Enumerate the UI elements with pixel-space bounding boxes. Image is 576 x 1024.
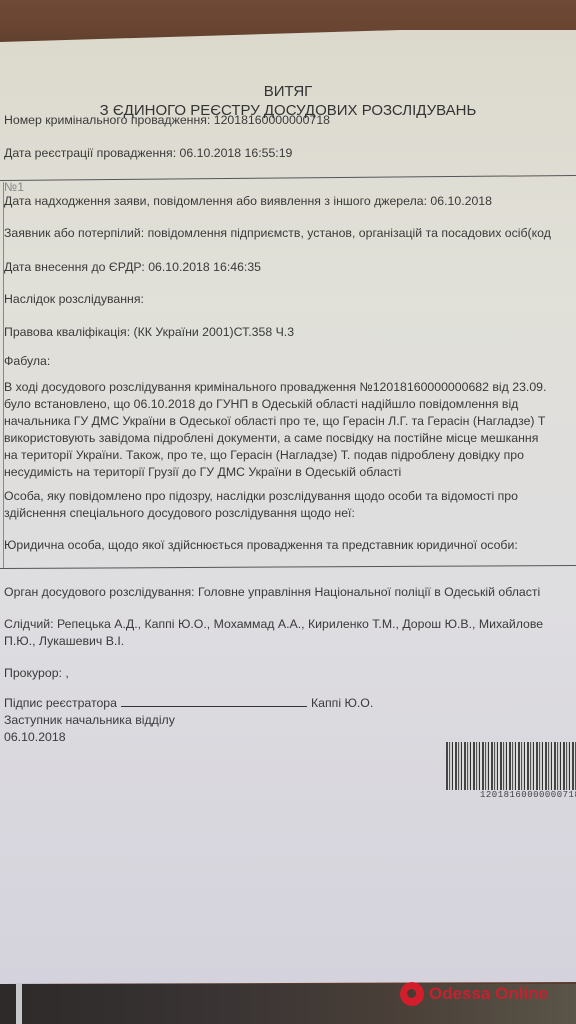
watermark-text: Odessa Online <box>429 984 548 1004</box>
applicant: Заявник або потерпілий: повідомлення під… <box>4 226 551 240</box>
watermark-logo: Odessa Online <box>400 982 548 1006</box>
suspect-info: Особа, яку повідомлено про підозру, насл… <box>4 489 518 503</box>
document-title: ВИТЯГ <box>0 83 576 100</box>
receipt-date: Дата надходження заяви, повідомлення або… <box>4 194 492 208</box>
plot-line: використовують завідома підроблені докум… <box>4 431 538 445</box>
registrar-position: Заступник начальника відділу <box>4 713 175 727</box>
signature-line <box>121 696 307 707</box>
background-post <box>16 984 22 1024</box>
investigators: Слідчий: Репецька А.Д., Каппі Ю.О., Моха… <box>4 617 543 631</box>
plot-line: начальника ГУ ДМС України в Одеської обл… <box>4 414 545 428</box>
sign-date: 06.10.2018 <box>4 730 66 744</box>
odessa-online-logo-icon <box>400 982 424 1006</box>
registration-date: Дата реєстрації провадження: 06.10.2018 … <box>4 146 292 160</box>
barcode-number: 12018160000000718 <box>480 790 576 800</box>
investigation-result: Наслідок розслідування: <box>4 292 144 306</box>
legal-qualification: Правова кваліфікація: (КК України 2001)С… <box>4 325 294 339</box>
prosecutor: Прокурор: , <box>4 666 69 680</box>
case-number: Номер кримінального провадження: 1201816… <box>4 113 330 127</box>
signature-label: Підпис реєстратора <box>4 696 117 710</box>
plot-line: несудимість на території Грузії до ГУ ДМ… <box>4 465 401 479</box>
legal-entity: Юридична особа, щодо якої здійснюється п… <box>4 538 518 552</box>
entry-number: №1 <box>4 180 24 194</box>
investigators: П.Ю., Лукашевич В.І. <box>4 634 124 648</box>
erdr-date: Дата внесення до ЄРДР: 06.10.2018 16:46:… <box>4 260 261 274</box>
plot-label: Фабула: <box>4 354 50 368</box>
signature-name: Каппі Ю.О. <box>311 696 373 710</box>
suspect-info: здійснення спеціального досудового розсл… <box>4 506 355 520</box>
registrar-signature: Підпис реєстратораКаппі Ю.О. <box>4 696 373 710</box>
investigation-body: Орган досудового розслідування: Головне … <box>4 585 540 599</box>
plot-line: на території України. Також, про те, що … <box>4 448 524 462</box>
plot-line: В ході досудового розслідування кримінал… <box>4 380 546 394</box>
barcode <box>446 742 576 790</box>
plot-line: було встановлено, що 06.10.2018 до ГУНП … <box>4 397 518 411</box>
